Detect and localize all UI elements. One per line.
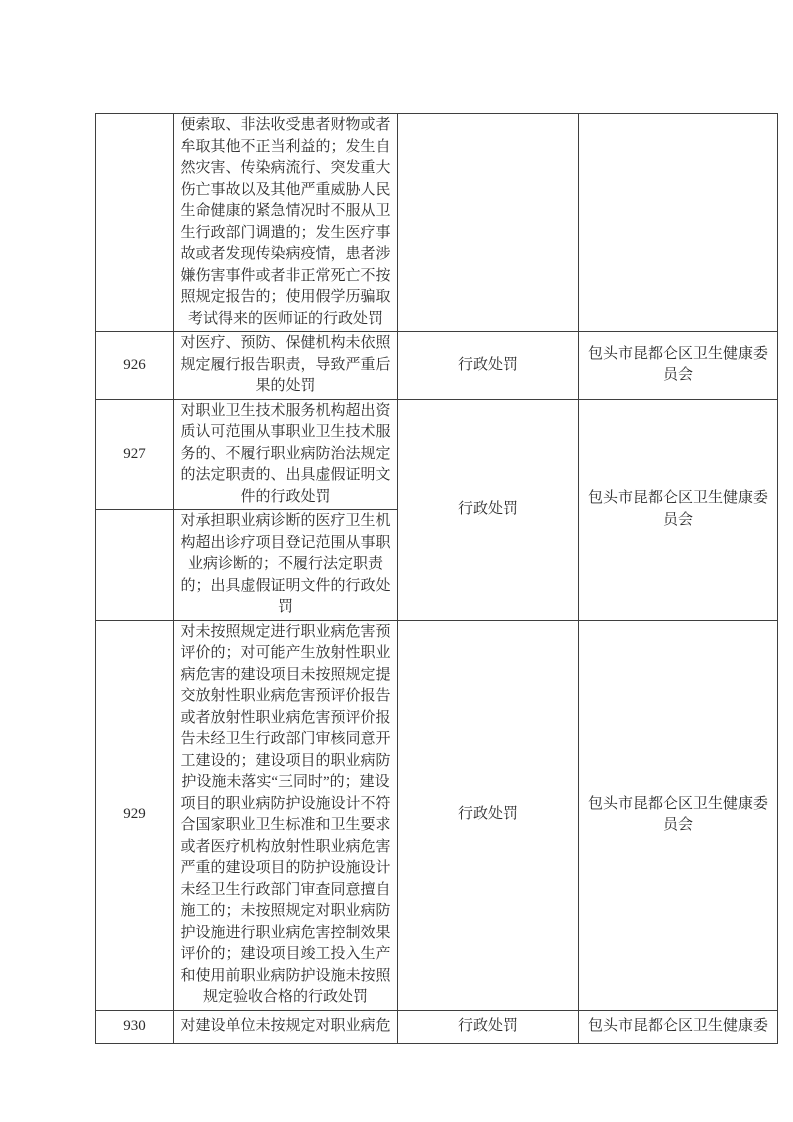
- authority-cell: [579, 114, 778, 332]
- authority-cell: 包头市昆都仑区卫生健康委员会: [579, 620, 778, 1010]
- item-type-cell: 行政处罚: [398, 620, 579, 1010]
- authority-cell: 包头市昆都仑区卫生健康委: [579, 1010, 778, 1043]
- document-page: 便索取、非法收受患者财物或者牟取其他不正当利益的；发生自然灾害、传染病流行、突发…: [0, 0, 793, 1122]
- table-row-930: 930 对建设单位未按规定对职业病危 行政处罚 包头市昆都仑区卫生健康委: [96, 1010, 778, 1043]
- item-name-cell: 对建设单位未按规定对职业病危: [174, 1010, 398, 1043]
- item-type-cell: 行政处罚: [398, 399, 579, 620]
- table-row-926: 926 对医疗、预防、保健机构未依照规定履行报告职责，导致严重后果的处罚 行政处…: [96, 332, 778, 400]
- item-name-cell: 对未按照规定进行职业病危害预评价的；对可能产生放射性职业病危害的建设项目未按照规…: [174, 620, 398, 1010]
- item-name-cell: 便索取、非法收受患者财物或者牟取其他不正当利益的；发生自然灾害、传染病流行、突发…: [174, 114, 398, 332]
- item-number-cell: 926: [96, 332, 174, 400]
- authority-cell: 包头市昆都仑区卫生健康委员会: [579, 399, 778, 620]
- item-name-cell: 对职业卫生技术服务机构超出资质认可范围从事职业卫生技术服务的、不履行职业病防治法…: [174, 399, 398, 510]
- item-type-cell: 行政处罚: [398, 1010, 579, 1043]
- item-number-cell: [96, 114, 174, 332]
- item-type-cell: [398, 114, 579, 332]
- item-type-cell: 行政处罚: [398, 332, 579, 400]
- item-number-cell: [96, 510, 174, 621]
- table-row-929: 929 对未按照规定进行职业病危害预评价的；对可能产生放射性职业病危害的建设项目…: [96, 620, 778, 1010]
- table-row-927-part1: 927 对职业卫生技术服务机构超出资质认可范围从事职业卫生技术服务的、不履行职业…: [96, 399, 778, 510]
- item-number-cell: 929: [96, 620, 174, 1010]
- item-number-cell: 927: [96, 399, 174, 510]
- item-name-cell: 对承担职业病诊断的医疗卫生机构超出诊疗项目登记范围从事职业病诊断的；不履行法定职…: [174, 510, 398, 621]
- penalty-items-table: 便索取、非法收受患者财物或者牟取其他不正当利益的；发生自然灾害、传染病流行、突发…: [95, 113, 778, 1044]
- item-number-cell: 930: [96, 1010, 174, 1043]
- authority-cell: 包头市昆都仑区卫生健康委员会: [579, 332, 778, 400]
- table-row-continuation: 便索取、非法收受患者财物或者牟取其他不正当利益的；发生自然灾害、传染病流行、突发…: [96, 114, 778, 332]
- item-name-cell: 对医疗、预防、保健机构未依照规定履行报告职责，导致严重后果的处罚: [174, 332, 398, 400]
